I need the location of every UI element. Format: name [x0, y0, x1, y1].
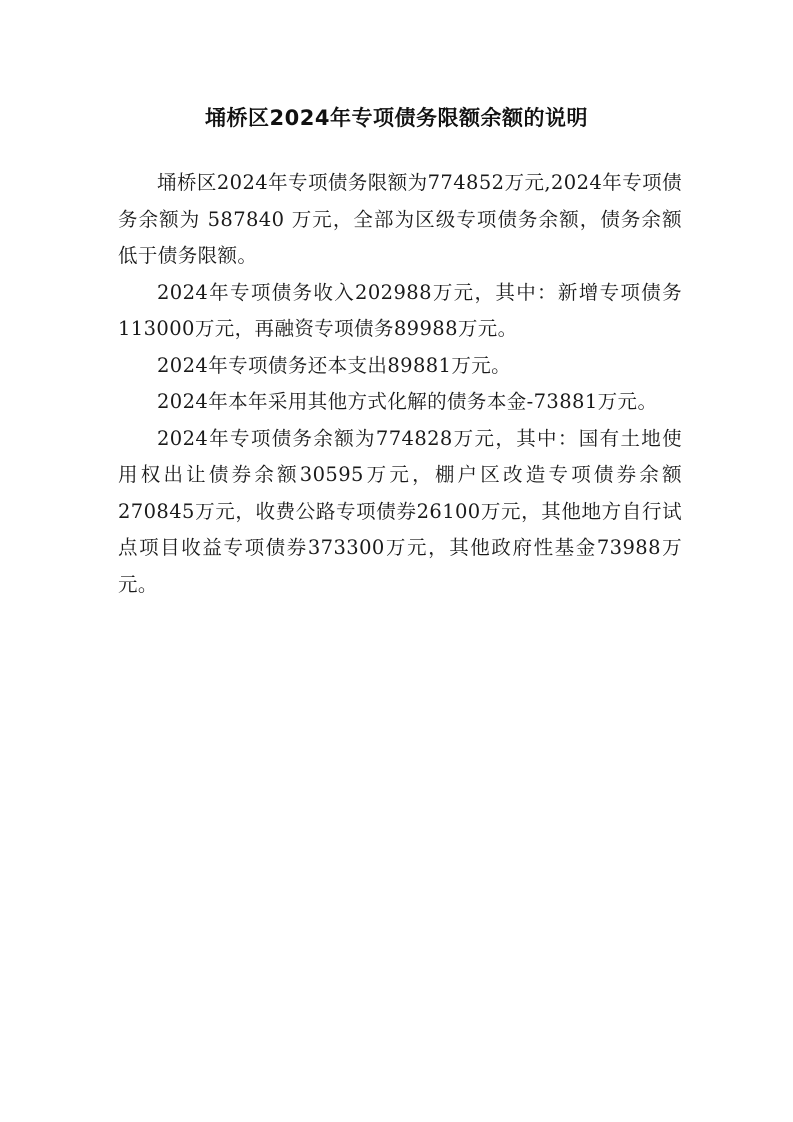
document-title: 埇桥区2024年专项债务限额余额的说明	[0, 103, 793, 133]
paragraph-debt-limit: 埇桥区2024年专项债务限额为774852万元,2024年专项债务余额为 587…	[118, 165, 682, 275]
paragraph-debt-income: 2024年专项债务收入202988万元，其中：新增专项债务113000万元，再融…	[118, 275, 682, 348]
document-body: 埇桥区2024年专项债务限额为774852万元,2024年专项债务余额为 587…	[118, 165, 682, 603]
paragraph-other-resolution: 2024年本年采用其他方式化解的债务本金-73881万元。	[118, 384, 682, 421]
paragraph-debt-balance-breakdown: 2024年专项债务余额为774828万元，其中：国有土地使用权出让债券余额305…	[118, 421, 682, 604]
paragraph-principal-repayment: 2024年专项债务还本支出89881万元。	[118, 348, 682, 385]
document-page: 埇桥区2024年专项债务限额余额的说明 埇桥区2024年专项债务限额为77485…	[0, 0, 793, 1122]
